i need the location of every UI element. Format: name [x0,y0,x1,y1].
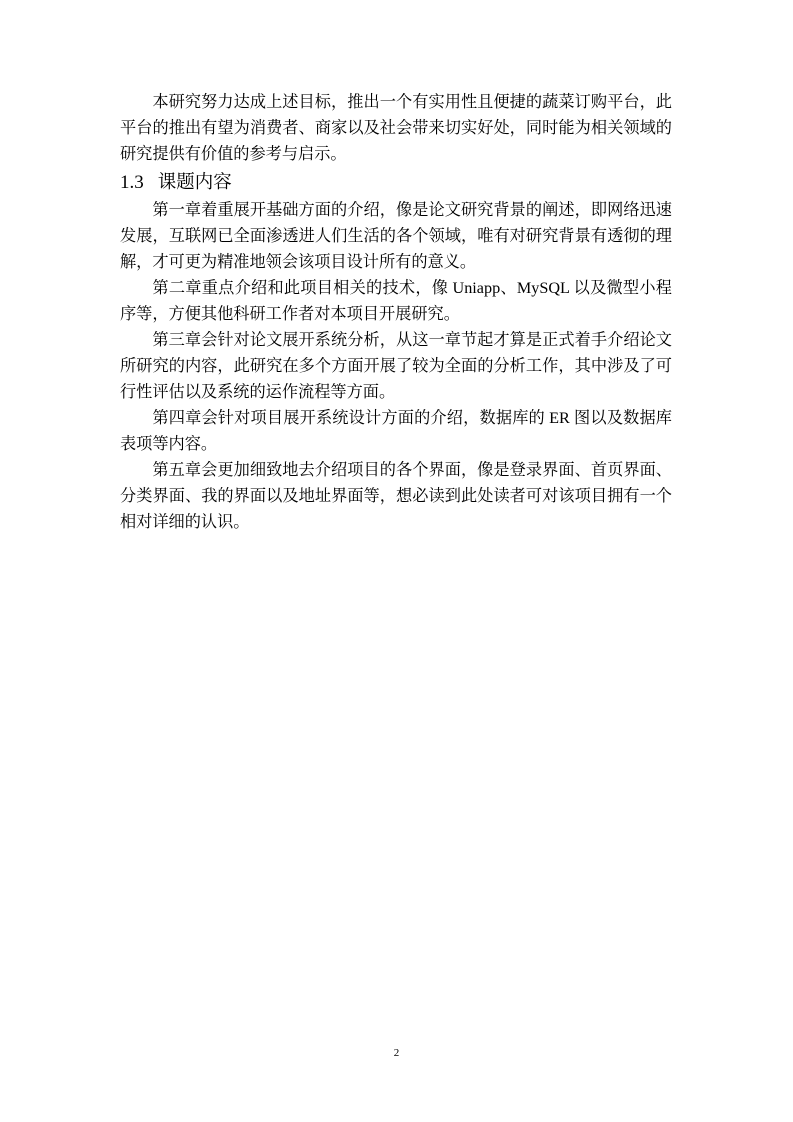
section-title: 课题内容 [158,169,232,197]
document-page: 本研究努力达成上述目标，推出一个有实用性且便捷的蔬菜订购平台，此平台的推出有望为… [120,89,672,535]
section-number: 1.3 [120,169,144,197]
paragraph-chapter-4: 第四章会针对项目展开系统设计方面的介绍，数据库的 ER 图以及数据库表项等内容。 [120,405,672,457]
paragraph-chapter-3: 第三章会针对论文展开系统分析，从这一章节起才算是正式着手介绍论文所研究的内容，此… [120,327,672,405]
intro-paragraph: 本研究努力达成上述目标，推出一个有实用性且便捷的蔬菜订购平台，此平台的推出有望为… [120,89,672,167]
section-heading: 1.3 课题内容 [120,169,672,197]
page-number: 2 [0,1047,793,1059]
paragraph-chapter-1: 第一章着重展开基础方面的介绍，像是论文研究背景的阐述，即网络迅速发展，互联网已全… [120,197,672,275]
paragraph-chapter-5: 第五章会更加细致地去介绍项目的各个界面，像是登录界面、首页界面、分类界面、我的界… [120,457,672,535]
paragraph-chapter-2: 第二章重点介绍和此项目相关的技术，像 Uniapp、MySQL 以及微型小程序等… [120,275,672,327]
